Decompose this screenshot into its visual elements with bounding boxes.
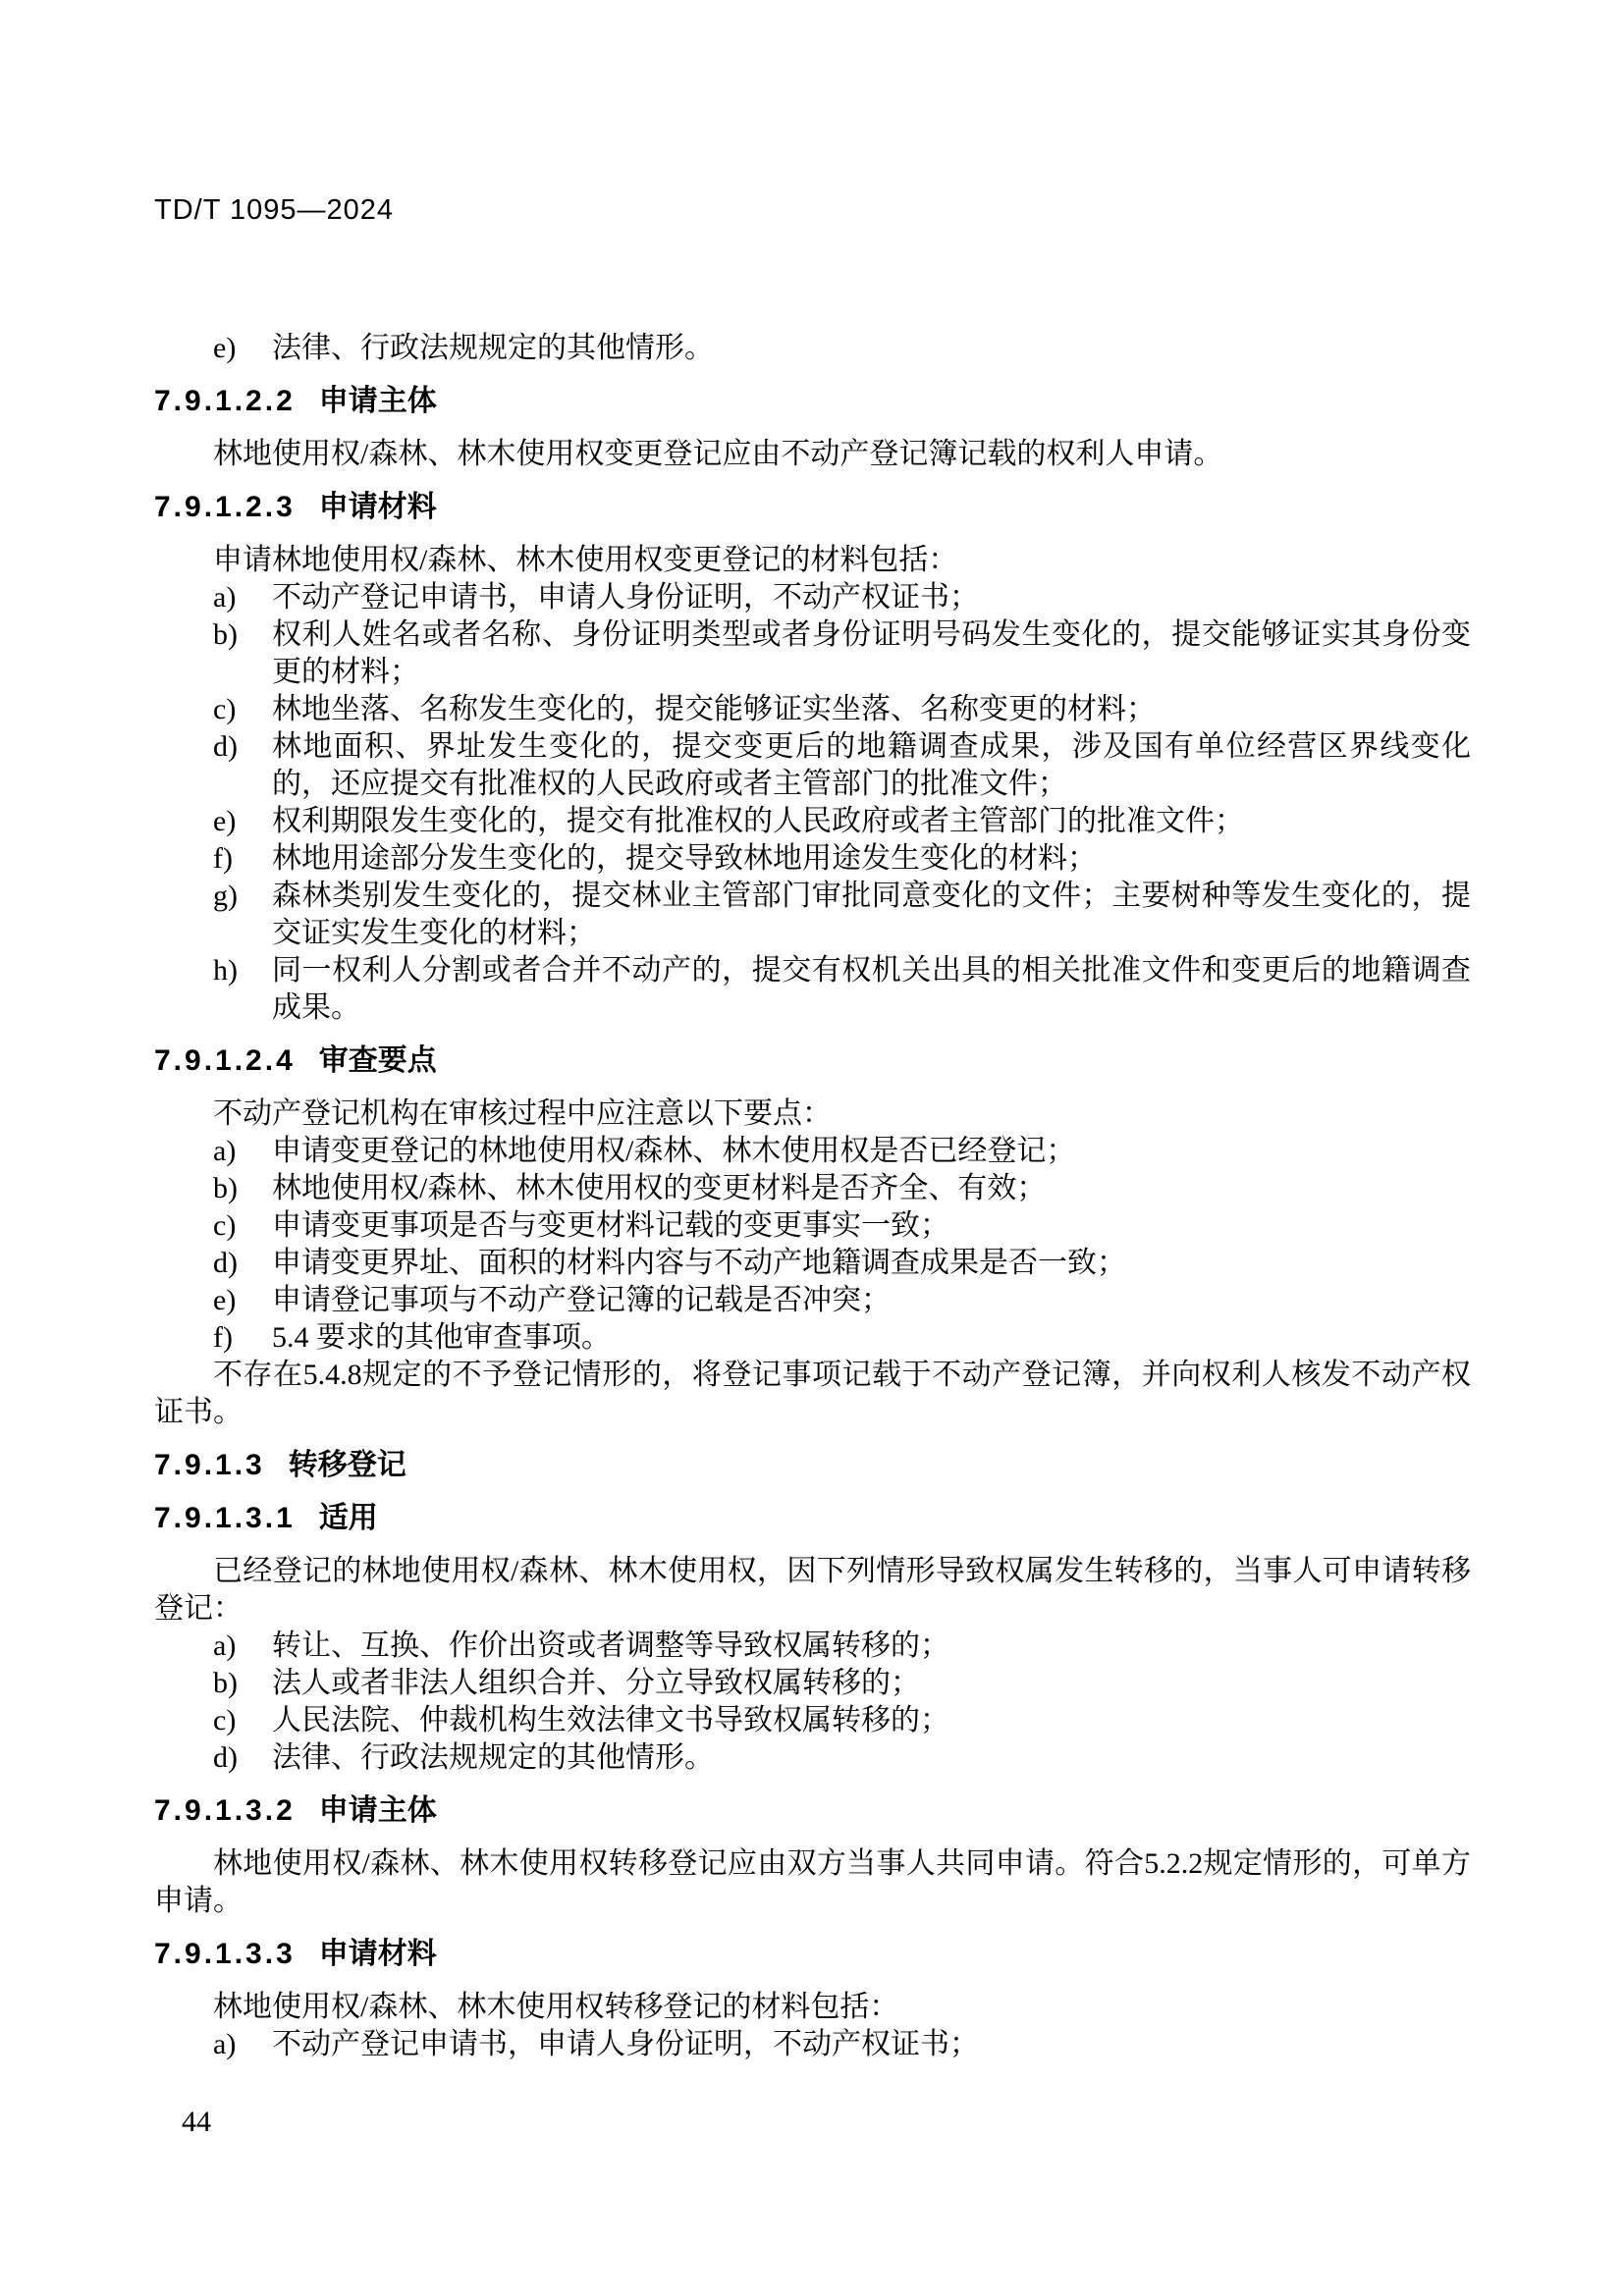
list-item: b) 林地使用权/森林、林木使用权的变更材料是否齐全、有效； bbox=[272, 1170, 1471, 1207]
list-marker: e) bbox=[213, 330, 236, 367]
paragraph: 申请林地使用权/森林、林木使用权变更登记的材料包括： bbox=[154, 542, 1471, 579]
paragraph: 不存在5.4.8规定的不予登记情形的，将登记事项记载于不动产登记簿，并向权利人核… bbox=[154, 1357, 1471, 1431]
heading-title: 转移登记 bbox=[289, 1449, 406, 1481]
list-marker: c) bbox=[213, 691, 236, 728]
list-text: 森林类别发生变化的，提交林业主管部门审批同意变化的文件；主要树种等发生变化的，提… bbox=[272, 880, 1471, 949]
heading-number: 7.9.1.3.3 bbox=[154, 1938, 296, 1970]
list-text: 不动产登记申请书，申请人身份证明，不动产权证书； bbox=[272, 581, 979, 614]
heading-number: 7.9.1.3.1 bbox=[154, 1502, 296, 1534]
clause-heading-7-9-1-3-2: 7.9.1.3.2申请主体 bbox=[154, 1792, 1471, 1830]
list-item: d) 法律、行政法规规定的其他情形。 bbox=[272, 1739, 1471, 1777]
list-text: 林地用途部分发生变化的，提交导致林地用途发生变化的材料； bbox=[272, 842, 1097, 875]
list-item: f) 林地用途部分发生变化的，提交导致林地用途发生变化的材料； bbox=[272, 840, 1471, 878]
list-text: 申请变更界址、面积的材料内容与不动产地籍调查成果是否一致； bbox=[272, 1247, 1126, 1279]
list-marker: c) bbox=[213, 1702, 236, 1739]
clause-heading-7-9-1-2-4: 7.9.1.2.4审查要点 bbox=[154, 1042, 1471, 1080]
heading-title: 申请主体 bbox=[319, 385, 437, 417]
heading-title: 审查要点 bbox=[319, 1044, 437, 1077]
list-text: 申请登记事项与不动产登记簿的记载是否冲突； bbox=[272, 1284, 891, 1316]
list-text: 不动产登记申请书，申请人身份证明，不动产权证书； bbox=[272, 2028, 979, 2060]
heading-title: 申请材料 bbox=[319, 1938, 437, 1970]
list-marker: c) bbox=[213, 1207, 236, 1245]
list-text: 人民法院、仲裁机构生效法律文书导致权属转移的； bbox=[272, 1704, 949, 1736]
list-item: a) 转让、互换、作价出资或者调整等导致权属转移的； bbox=[272, 1628, 1471, 1665]
change-materials-list: a) 不动产登记申请书，申请人身份证明，不动产权证书； b) 权利人姓名或者名称… bbox=[154, 579, 1471, 1027]
page-content: e) 法律、行政法规规定的其他情形。 7.9.1.2.2申请主体 林地使用权/森… bbox=[154, 330, 1471, 2063]
list-item: g) 森林类别发生变化的，提交林业主管部门审批同意变化的文件；主要树种等发生变化… bbox=[272, 878, 1471, 952]
list-marker: d) bbox=[213, 728, 238, 766]
list-text: 权利人姓名或者名称、身份证明类型或者身份证明号码发生变化的，提交能够证实其身份变… bbox=[272, 618, 1471, 688]
list-text: 申请变更事项是否与变更材料记载的变更事实一致； bbox=[272, 1209, 949, 1242]
list-item: c) 人民法院、仲裁机构生效法律文书导致权属转移的； bbox=[272, 1702, 1471, 1739]
list-marker: h) bbox=[213, 952, 238, 989]
paragraph: 林地使用权/森林、林木使用权转移登记应由双方当事人共同申请。符合5.2.2规定情… bbox=[154, 1845, 1471, 1920]
paragraph: 林地使用权/森林、林木使用权变更登记应由不动产登记簿记载的权利人申请。 bbox=[154, 436, 1471, 473]
document-page: TD/T 1095—2024 e) 法律、行政法规规定的其他情形。 7.9.1.… bbox=[0, 0, 1624, 2296]
list-marker: b) bbox=[213, 1170, 238, 1207]
list-text: 转让、互换、作价出资或者调整等导致权属转移的； bbox=[272, 1629, 949, 1662]
list-text: 法律、行政法规规定的其他情形。 bbox=[272, 1741, 714, 1774]
list-item: e) 申请登记事项与不动产登记簿的记载是否冲突； bbox=[272, 1282, 1471, 1319]
list-item: f) 5.4 要求的其他审查事项。 bbox=[272, 1319, 1471, 1357]
heading-number: 7.9.1.2.4 bbox=[154, 1044, 296, 1077]
list-item: c) 林地坐落、名称发生变化的，提交能够证实坐落、名称变更的材料； bbox=[272, 691, 1471, 728]
list-text: 同一权利人分割或者合并不动产的，提交有权机关出具的相关批准文件和变更后的地籍调查… bbox=[272, 954, 1471, 1024]
list-text: 5.4 要求的其他审查事项。 bbox=[272, 1321, 611, 1354]
clause-heading-7-9-1-2-2: 7.9.1.2.2申请主体 bbox=[154, 383, 1471, 420]
heading-number: 7.9.1.2.2 bbox=[154, 385, 296, 417]
list-item: a) 不动产登记申请书，申请人身份证明，不动产权证书； bbox=[272, 579, 1471, 616]
list-item: a) 不动产登记申请书，申请人身份证明，不动产权证书； bbox=[272, 2026, 1471, 2063]
list-text: 申请变更登记的林地使用权/森林、林木使用权是否已经登记； bbox=[272, 1135, 1075, 1167]
list-text: 法人或者非法人组织合并、分立导致权属转移的； bbox=[272, 1667, 920, 1699]
clause-heading-7-9-1-3: 7.9.1.3转移登记 bbox=[154, 1447, 1471, 1484]
list-item: d) 林地面积、界址发生变化的，提交变更后的地籍调查成果，涉及国有单位经营区界线… bbox=[272, 728, 1471, 803]
list-text: 法律、行政法规规定的其他情形。 bbox=[272, 332, 714, 364]
list-marker: a) bbox=[213, 1133, 236, 1170]
review-points-list: a) 申请变更登记的林地使用权/森林、林木使用权是否已经登记； b) 林地使用权… bbox=[154, 1133, 1471, 1357]
transfer-cases-list: a) 转让、互换、作价出资或者调整等导致权属转移的； b) 法人或者非法人组织合… bbox=[154, 1628, 1471, 1777]
clause-heading-7-9-1-2-3: 7.9.1.2.3申请材料 bbox=[154, 489, 1471, 526]
paragraph: 林地使用权/森林、林木使用权转移登记的材料包括： bbox=[154, 1989, 1471, 2026]
list-item: a) 申请变更登记的林地使用权/森林、林木使用权是否已经登记； bbox=[272, 1133, 1471, 1170]
list-item: b) 权利人姓名或者名称、身份证明类型或者身份证明号码发生变化的，提交能够证实其… bbox=[272, 616, 1471, 691]
list-marker: d) bbox=[213, 1739, 238, 1777]
heading-title: 适用 bbox=[319, 1502, 378, 1534]
list-text: 林地使用权/森林、林木使用权的变更材料是否齐全、有效； bbox=[272, 1172, 1046, 1204]
heading-title: 申请主体 bbox=[319, 1794, 437, 1827]
running-head: TD/T 1095—2024 bbox=[154, 193, 394, 227]
list-text: 林地面积、界址发生变化的，提交变更后的地籍调查成果，涉及国有单位经营区界线变化的… bbox=[272, 730, 1471, 800]
list-marker: a) bbox=[213, 2026, 236, 2063]
clause-heading-7-9-1-3-1: 7.9.1.3.1适用 bbox=[154, 1500, 1471, 1537]
heading-number: 7.9.1.3.2 bbox=[154, 1794, 296, 1827]
list-item: c) 申请变更事项是否与变更材料记载的变更事实一致； bbox=[272, 1207, 1471, 1245]
list-marker: f) bbox=[213, 1319, 233, 1357]
list-text: 权利期限发生变化的，提交有批准权的人民政府或者主管部门的批准文件； bbox=[272, 805, 1244, 837]
clause-heading-7-9-1-3-3: 7.9.1.3.3申请材料 bbox=[154, 1936, 1471, 1973]
paragraph: 不动产登记机构在审核过程中应注意以下要点： bbox=[154, 1095, 1471, 1133]
carryover-list: e) 法律、行政法规规定的其他情形。 bbox=[154, 330, 1471, 367]
list-marker: a) bbox=[213, 1628, 236, 1665]
list-item: e) 权利期限发生变化的，提交有批准权的人民政府或者主管部门的批准文件； bbox=[272, 803, 1471, 840]
transfer-materials-list: a) 不动产登记申请书，申请人身份证明，不动产权证书； bbox=[154, 2026, 1471, 2063]
list-item: d) 申请变更界址、面积的材料内容与不动产地籍调查成果是否一致； bbox=[272, 1245, 1471, 1282]
heading-title: 申请材料 bbox=[319, 491, 437, 523]
paragraph: 已经登记的林地使用权/森林、林木使用权，因下列情形导致权属发生转移的，当事人可申… bbox=[154, 1553, 1471, 1628]
list-marker: g) bbox=[213, 878, 238, 915]
heading-number: 7.9.1.3 bbox=[154, 1449, 265, 1481]
page-number: 44 bbox=[182, 2104, 211, 2141]
list-marker: f) bbox=[213, 840, 233, 878]
list-marker: b) bbox=[213, 1665, 238, 1702]
list-marker: e) bbox=[213, 1282, 236, 1319]
list-marker: e) bbox=[213, 803, 236, 840]
heading-number: 7.9.1.2.3 bbox=[154, 491, 296, 523]
list-marker: d) bbox=[213, 1245, 238, 1282]
list-marker: a) bbox=[213, 579, 236, 616]
list-text: 林地坐落、名称发生变化的，提交能够证实坐落、名称变更的材料； bbox=[272, 693, 1156, 725]
list-marker: b) bbox=[213, 616, 238, 654]
list-item: b) 法人或者非法人组织合并、分立导致权属转移的； bbox=[272, 1665, 1471, 1702]
list-item: h) 同一权利人分割或者合并不动产的，提交有权机关出具的相关批准文件和变更后的地… bbox=[272, 952, 1471, 1027]
list-item: e) 法律、行政法规规定的其他情形。 bbox=[272, 330, 1471, 367]
